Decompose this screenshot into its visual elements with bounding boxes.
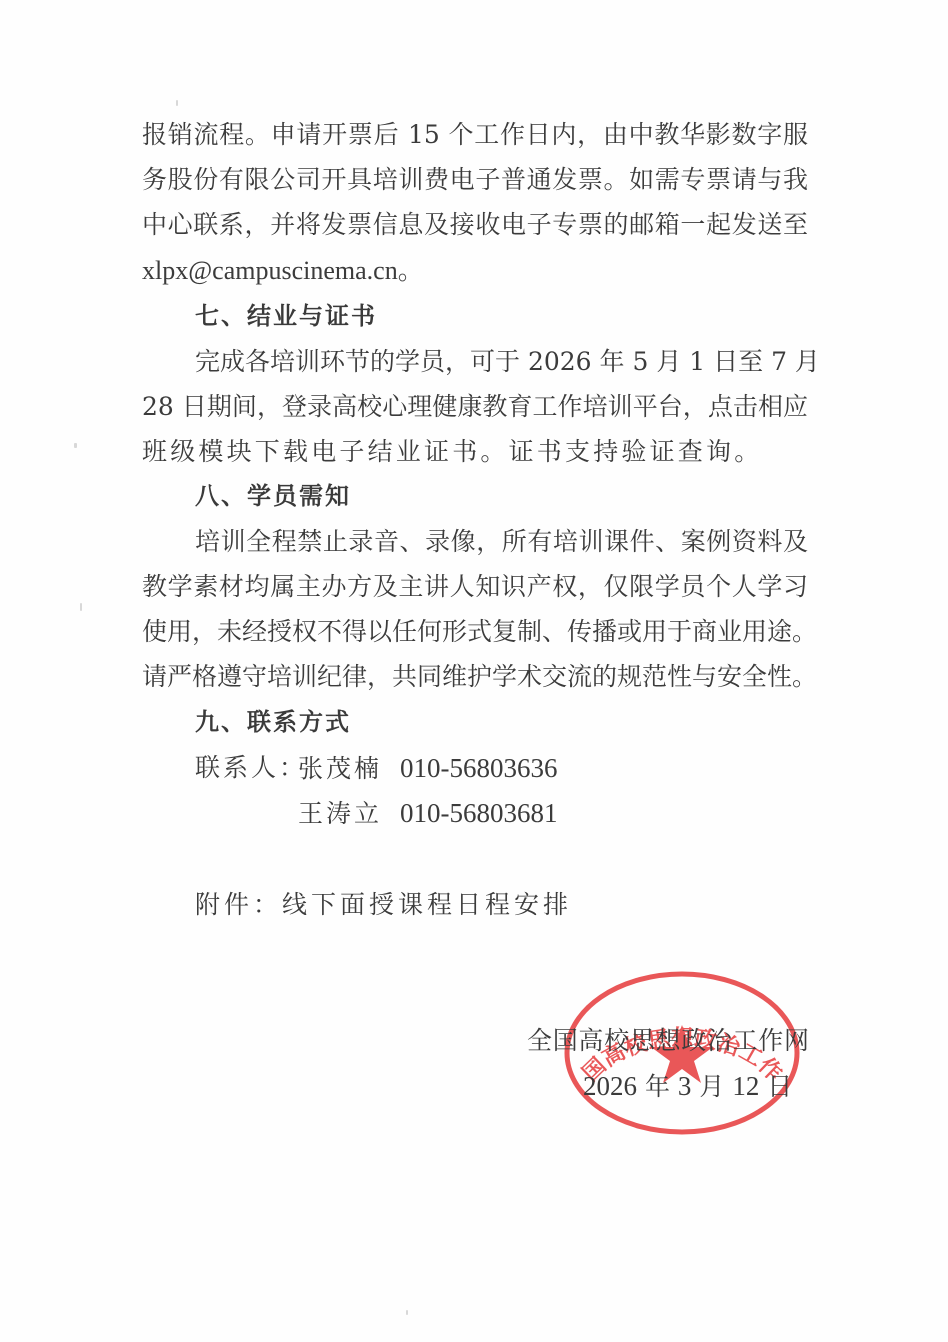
body-line: 中心联系，并将发票信息及接收电子专票的邮箱一起发送至 (142, 208, 808, 242)
body-line: 教学素材均属主办方及主讲人知识产权，仅限学员个人学习 (142, 570, 808, 604)
contact-label: 联系人： (195, 751, 307, 785)
signature-organization: 全国高校思想政治工作网 (527, 1024, 809, 1058)
scan-speck (406, 1310, 408, 1315)
section-heading-certificate: 七、结业与证书 (195, 299, 377, 333)
contact-phone: 010-56803681 (400, 798, 558, 828)
body-line: 使用，未经授权不得以任何形式复制、传播或用于商业用途。 (142, 615, 808, 649)
section-heading-contact: 九、联系方式 (195, 705, 351, 739)
date-day-unit: 日 (767, 1072, 792, 1101)
scan-speck (74, 443, 77, 448)
date-month: 3 (678, 1071, 692, 1101)
document-page: 报销流程。申请开票后 15 个工作日内，由中教华影数字服 务股份有限公司开具培训… (0, 0, 948, 1342)
section-heading-student-notice: 八、学员需知 (195, 479, 351, 513)
date-month-unit: 月 (699, 1072, 724, 1101)
body-line: 务股份有限公司开具培训费电子普通发票。如需专票请与我 (142, 163, 808, 197)
contact-phone: 010-56803636 (400, 753, 558, 783)
body-line: 完成各培训环节的学员，可于 2026 年 5 月 1 日至 7 月 (195, 345, 808, 379)
attachment-note: 附件：线下面授课程日程安排 (195, 888, 572, 922)
body-line: 28 日期间，登录高校心理健康教育工作培训平台，点击相应 (142, 390, 808, 424)
body-line: 请严格遵守培训纪律，共同维护学术交流的规范性与安全性。 (142, 660, 808, 694)
date-day: 12 (732, 1071, 759, 1101)
contact-name: 王涛立 (298, 799, 382, 828)
contact-row: 王涛立 010-56803681 (298, 796, 557, 831)
date-year: 2026 (583, 1071, 637, 1101)
email-line: xlpx@campuscinema.cn。 (142, 254, 808, 288)
body-line: 班级模块下载电子结业证书。证书支持验证查询。 (142, 435, 808, 469)
date-year-unit: 年 (645, 1072, 670, 1101)
body-line: 报销流程。申请开票后 15 个工作日内，由中教华影数字服 (142, 118, 808, 152)
contact-row: 张茂楠 010-56803636 (298, 751, 557, 786)
scan-speck (80, 603, 82, 611)
body-line: 培训全程禁止录音、录像，所有培训课件、案例资料及 (195, 525, 808, 559)
scan-speck (176, 100, 178, 106)
contact-name: 张茂楠 (298, 754, 382, 783)
signature-date: 2026 年 3 月 12 日 (583, 1069, 783, 1104)
